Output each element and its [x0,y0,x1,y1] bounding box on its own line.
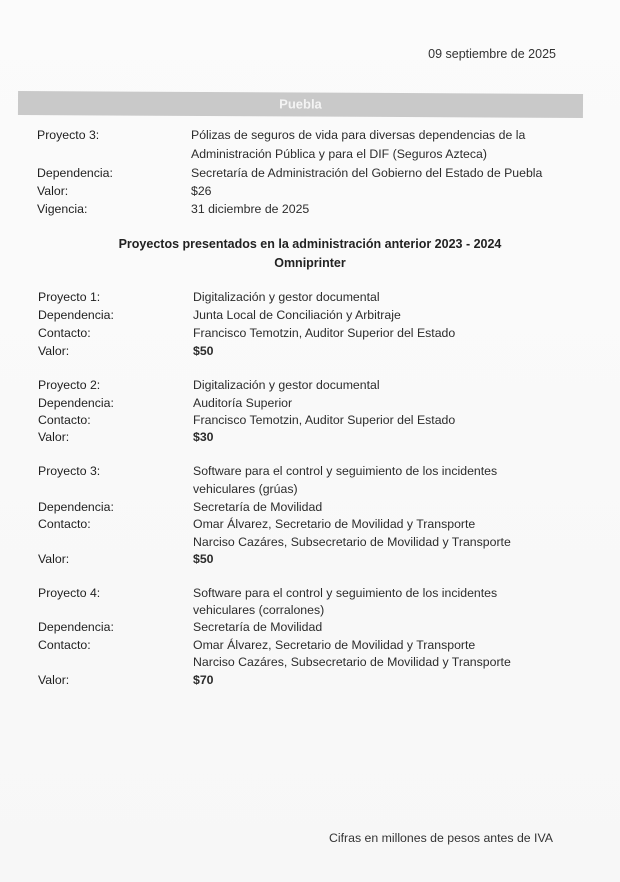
contacto-value: Omar Álvarez, Secretario de Movilidad y … [193,637,475,655]
valor-label: Valor: [38,343,69,361]
contacto-value: Francisco Temotzin, Auditor Superior del… [193,412,455,430]
valor-value: $26 [191,183,212,201]
project-description-line: Digitalización y gestor documental [193,289,380,307]
project-description-line: vehiculares (grúas) [193,481,298,499]
dependencia-value: Junta Local de Conciliación y Arbitraje [193,307,401,325]
valor-label: Valor: [38,551,69,569]
dependencia-label: Dependencia: [38,307,114,325]
contacto-value: Narciso Cazáres, Subsecretario de Movili… [193,534,511,552]
contacto-value: Francisco Temotzin, Auditor Superior del… [193,325,455,343]
section-heading: Proyectos presentados en la administraci… [0,237,620,251]
valor-label: Valor: [38,672,69,690]
dependencia-label: Dependencia: [38,499,114,517]
project-description-line: vehiculares (corralones) [193,602,324,620]
vigencia-label: Vigencia: [37,201,87,219]
contacto-value: Narciso Cazáres, Subsecretario de Movili… [193,654,511,672]
project-description-line: Software para el control y seguimiento d… [193,463,497,481]
dependencia-value: Secretaría de Administración del Gobiern… [191,165,542,183]
document-page: 09 septiembre de 2025 Puebla Proyecto 3:… [0,0,620,882]
project-label: Proyecto 1: [38,289,100,307]
valor-value: $50 [193,343,214,361]
project-description-line: Digitalización y gestor documental [193,377,380,395]
project-description-line: Administración Pública y para el DIF (Se… [191,146,487,164]
contacto-label: Contacto: [38,637,91,655]
valor-label: Valor: [37,183,68,201]
contacto-value: Omar Álvarez, Secretario de Movilidad y … [193,516,475,534]
state-banner: Puebla [18,91,583,118]
project-label: Proyecto 3: [37,127,99,145]
contacto-label: Contacto: [38,516,91,534]
project-label: Proyecto 2: [38,377,100,395]
document-date: 09 septiembre de 2025 [428,47,556,61]
footer-note: Cifras en millones de pesos antes de IVA [329,831,553,845]
dependencia-value: Secretaría de Movilidad [193,619,322,637]
valor-value: $30 [193,429,214,447]
project-label: Proyecto 4: [38,585,100,603]
vigencia-value: 31 diciembre de 2025 [191,201,309,219]
dependencia-label: Dependencia: [38,619,114,637]
contacto-label: Contacto: [38,325,91,343]
dependencia-value: Auditoría Superior [193,395,292,413]
contacto-label: Contacto: [38,412,91,430]
valor-label: Valor: [38,429,69,447]
valor-value: $50 [193,551,214,569]
company-name: Omniprinter [0,256,620,270]
project-description-line: Software para el control y seguimiento d… [193,585,497,603]
project-description-line: Pólizas de seguros de vida para diversas… [191,127,525,145]
banner-title: Puebla [18,95,583,113]
valor-value: $70 [193,672,214,690]
dependencia-label: Dependencia: [37,165,113,183]
project-label: Proyecto 3: [38,463,100,481]
dependencia-label: Dependencia: [38,395,114,413]
dependencia-value: Secretaría de Movilidad [193,499,322,517]
